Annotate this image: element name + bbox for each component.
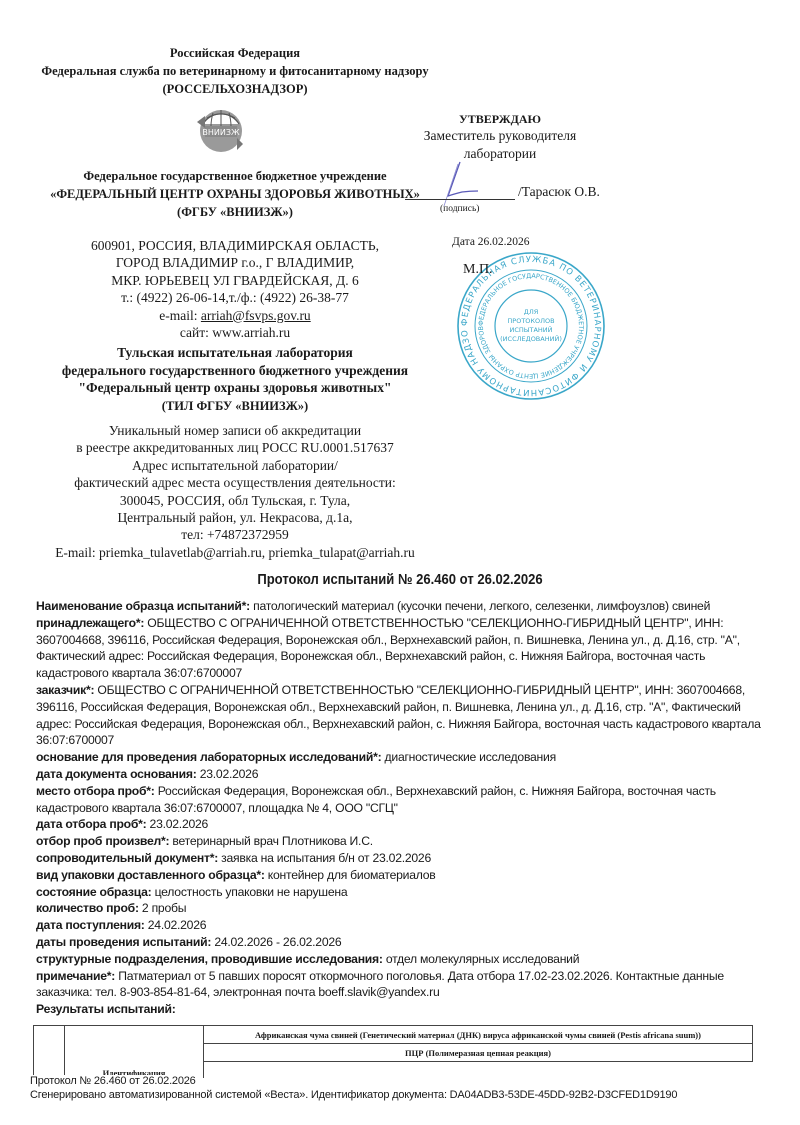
phone-line: т.: (4922) 26-06-14,т./ф.: (4922) 26-38-… <box>30 289 440 306</box>
signature-line <box>405 199 515 200</box>
field-packaging: вид упаковки доставленного образца*: кон… <box>36 867 776 884</box>
method-header: ПЦР (Полимеразная цепная реакция) <box>204 1044 753 1062</box>
svg-text:(ИССЛЕДОВАНИЙ): (ИССЛЕДОВАНИЙ) <box>500 334 562 343</box>
footer-protocol-ref: Протокол № 26.460 от 26.02.2026 <box>30 1075 196 1087</box>
lab-address-line: Центральный район, ул. Некрасова, д.1а, <box>30 509 440 526</box>
globe-logo-icon: ВНИИЗЖ <box>193 104 249 156</box>
signature-scribble-icon <box>440 160 480 208</box>
row-number-cell <box>34 1026 65 1078</box>
result-cell <box>204 1062 753 1078</box>
country-line: Российская Федерация <box>30 44 440 62</box>
svg-text:ПРОТОКОЛОВ: ПРОТОКОЛОВ <box>507 317 554 325</box>
lab-name-block: Тульская испытательная лаборатория федер… <box>30 344 440 415</box>
lab-address-label: Адрес испытательной лаборатории/ <box>30 457 440 474</box>
lab-phone: тел: +74872372959 <box>30 526 440 543</box>
address-line: МКР. ЮРЬЕВЕЦ УЛ ГВАРДЕЙСКАЯ, Д. 6 <box>30 272 440 289</box>
lab-address-label: фактический адрес места осуществления де… <box>30 474 440 491</box>
email-line: e-mail: arriah@fsvps.gov.ru <box>30 307 440 324</box>
field-sample-name: Наименование образца испытаний*: патолог… <box>36 598 776 615</box>
seal-mark: М.П. <box>463 262 493 278</box>
accreditation-number: в реестре аккредитованных лиц РОСС RU.00… <box>30 439 440 456</box>
field-sample-condition: состояние образца: целостность упаковки … <box>36 884 776 901</box>
vniizzh-logo: ВНИИЗЖ <box>193 104 249 156</box>
field-departments: структурные подразделения, проводившие и… <box>36 951 776 968</box>
results-table: Идентификация Африканская чума свиней (Г… <box>33 1025 753 1078</box>
address-line: 600901, РОССИЯ, ВЛАДИМИРСКАЯ ОБЛАСТЬ, <box>30 237 440 254</box>
footer-generated: Сгенерировано автоматизированной системо… <box>30 1089 677 1101</box>
institution-abbr: (ФГБУ «ВНИИЗЖ») <box>30 203 440 221</box>
field-owner: принадлежащего*: ОБЩЕСТВО С ОГРАНИЧЕННОЙ… <box>36 615 776 682</box>
lab-info-block: Уникальный номер записи об аккредитации … <box>30 422 440 561</box>
institution-block: Федеральное государственное бюджетное уч… <box>30 167 440 221</box>
lab-address-line: 300045, РОССИЯ, обл Тульская, г. Тула, <box>30 492 440 509</box>
institution-name: «ФЕДЕРАЛЬНЫЙ ЦЕНТР ОХРАНЫ ЗДОРОВЬЯ ЖИВОТ… <box>30 185 440 203</box>
agency-header: Российская Федерация Федеральная служба … <box>30 44 440 98</box>
field-customer: заказчик*: ОБЩЕСТВО С ОГРАНИЧЕННОЙ ОТВЕТ… <box>36 682 776 749</box>
signer-name: /Тарасюк О.В. <box>518 184 600 200</box>
email-link[interactable]: arriah@fsvps.gov.ru <box>201 308 311 323</box>
results-heading: Результаты испытаний: <box>36 1001 776 1018</box>
approver-position: Заместитель руководителя <box>395 128 605 144</box>
svg-text:ВНИИЗЖ: ВНИИЗЖ <box>202 128 240 137</box>
website-line: сайт: www.arriah.ru <box>30 324 440 341</box>
field-sampled-by: отбор проб произвел*: ветеринарный врач … <box>36 833 776 850</box>
service-line: Федеральная служба по ветеринарному и фи… <box>30 62 440 80</box>
lab-name-line: Тульская испытательная лаборатория <box>30 344 440 362</box>
field-accompanying-doc: сопроводительный документ*: заявка на ис… <box>36 850 776 867</box>
address-block: 600901, РОССИЯ, ВЛАДИМИРСКАЯ ОБЛАСТЬ, ГО… <box>30 237 440 341</box>
svg-text:ИСПЫТАНИЙ: ИСПЫТАНИЙ <box>509 325 552 334</box>
service-abbr: (РОССЕЛЬХОЗНАДЗОР) <box>30 80 440 98</box>
svg-text:ДЛЯ: ДЛЯ <box>524 308 538 316</box>
lab-name-line: федерального государственного бюджетного… <box>30 362 440 380</box>
field-sampling-place: место отбора проб*: Российская Федерация… <box>36 783 776 817</box>
field-receipt-date: дата поступления: 24.02.2026 <box>36 917 776 934</box>
field-basis-date: дата документа основания: 23.02.2026 <box>36 766 776 783</box>
signature-caption: (подпись) <box>440 204 479 214</box>
approver-position-2: лаборатории <box>395 146 605 162</box>
identification-header: Идентификация <box>65 1026 204 1078</box>
accreditation-line: Уникальный номер записи об аккредитации <box>30 422 440 439</box>
field-basis: основание для проведения лабораторных ис… <box>36 749 776 766</box>
approval-title: УТВЕРЖДАЮ <box>395 112 605 127</box>
field-note: примечание*: Патматериал от 5 павших пор… <box>36 968 776 1002</box>
disease-header: Африканская чума свиней (Генетический ма… <box>204 1026 753 1044</box>
address-line: ГОРОД ВЛАДИМИР г.о., Г ВЛАДИМИР, <box>30 254 440 271</box>
approval-date: Дата 26.02.2026 <box>452 236 530 248</box>
lab-name-line: "Федеральный центр охраны здоровья живот… <box>30 379 440 397</box>
field-sampling-date: дата отбора проб*: 23.02.2026 <box>36 816 776 833</box>
lab-emails: E-mail: priemka_tulavetlab@arriah.ru, pr… <box>30 544 440 561</box>
field-test-dates: даты проведения испытаний: 24.02.2026 - … <box>36 934 776 951</box>
institution-type: Федеральное государственное бюджетное уч… <box>30 167 440 185</box>
lab-abbr: (ТИЛ ФГБУ «ВНИИЗЖ») <box>30 397 440 415</box>
field-sample-count: количество проб: 2 пробы <box>36 900 776 917</box>
protocol-title: Протокол испытаний № 26.460 от 26.02.202… <box>40 572 760 588</box>
protocol-fields: Наименование образца испытаний*: патолог… <box>36 598 776 1018</box>
